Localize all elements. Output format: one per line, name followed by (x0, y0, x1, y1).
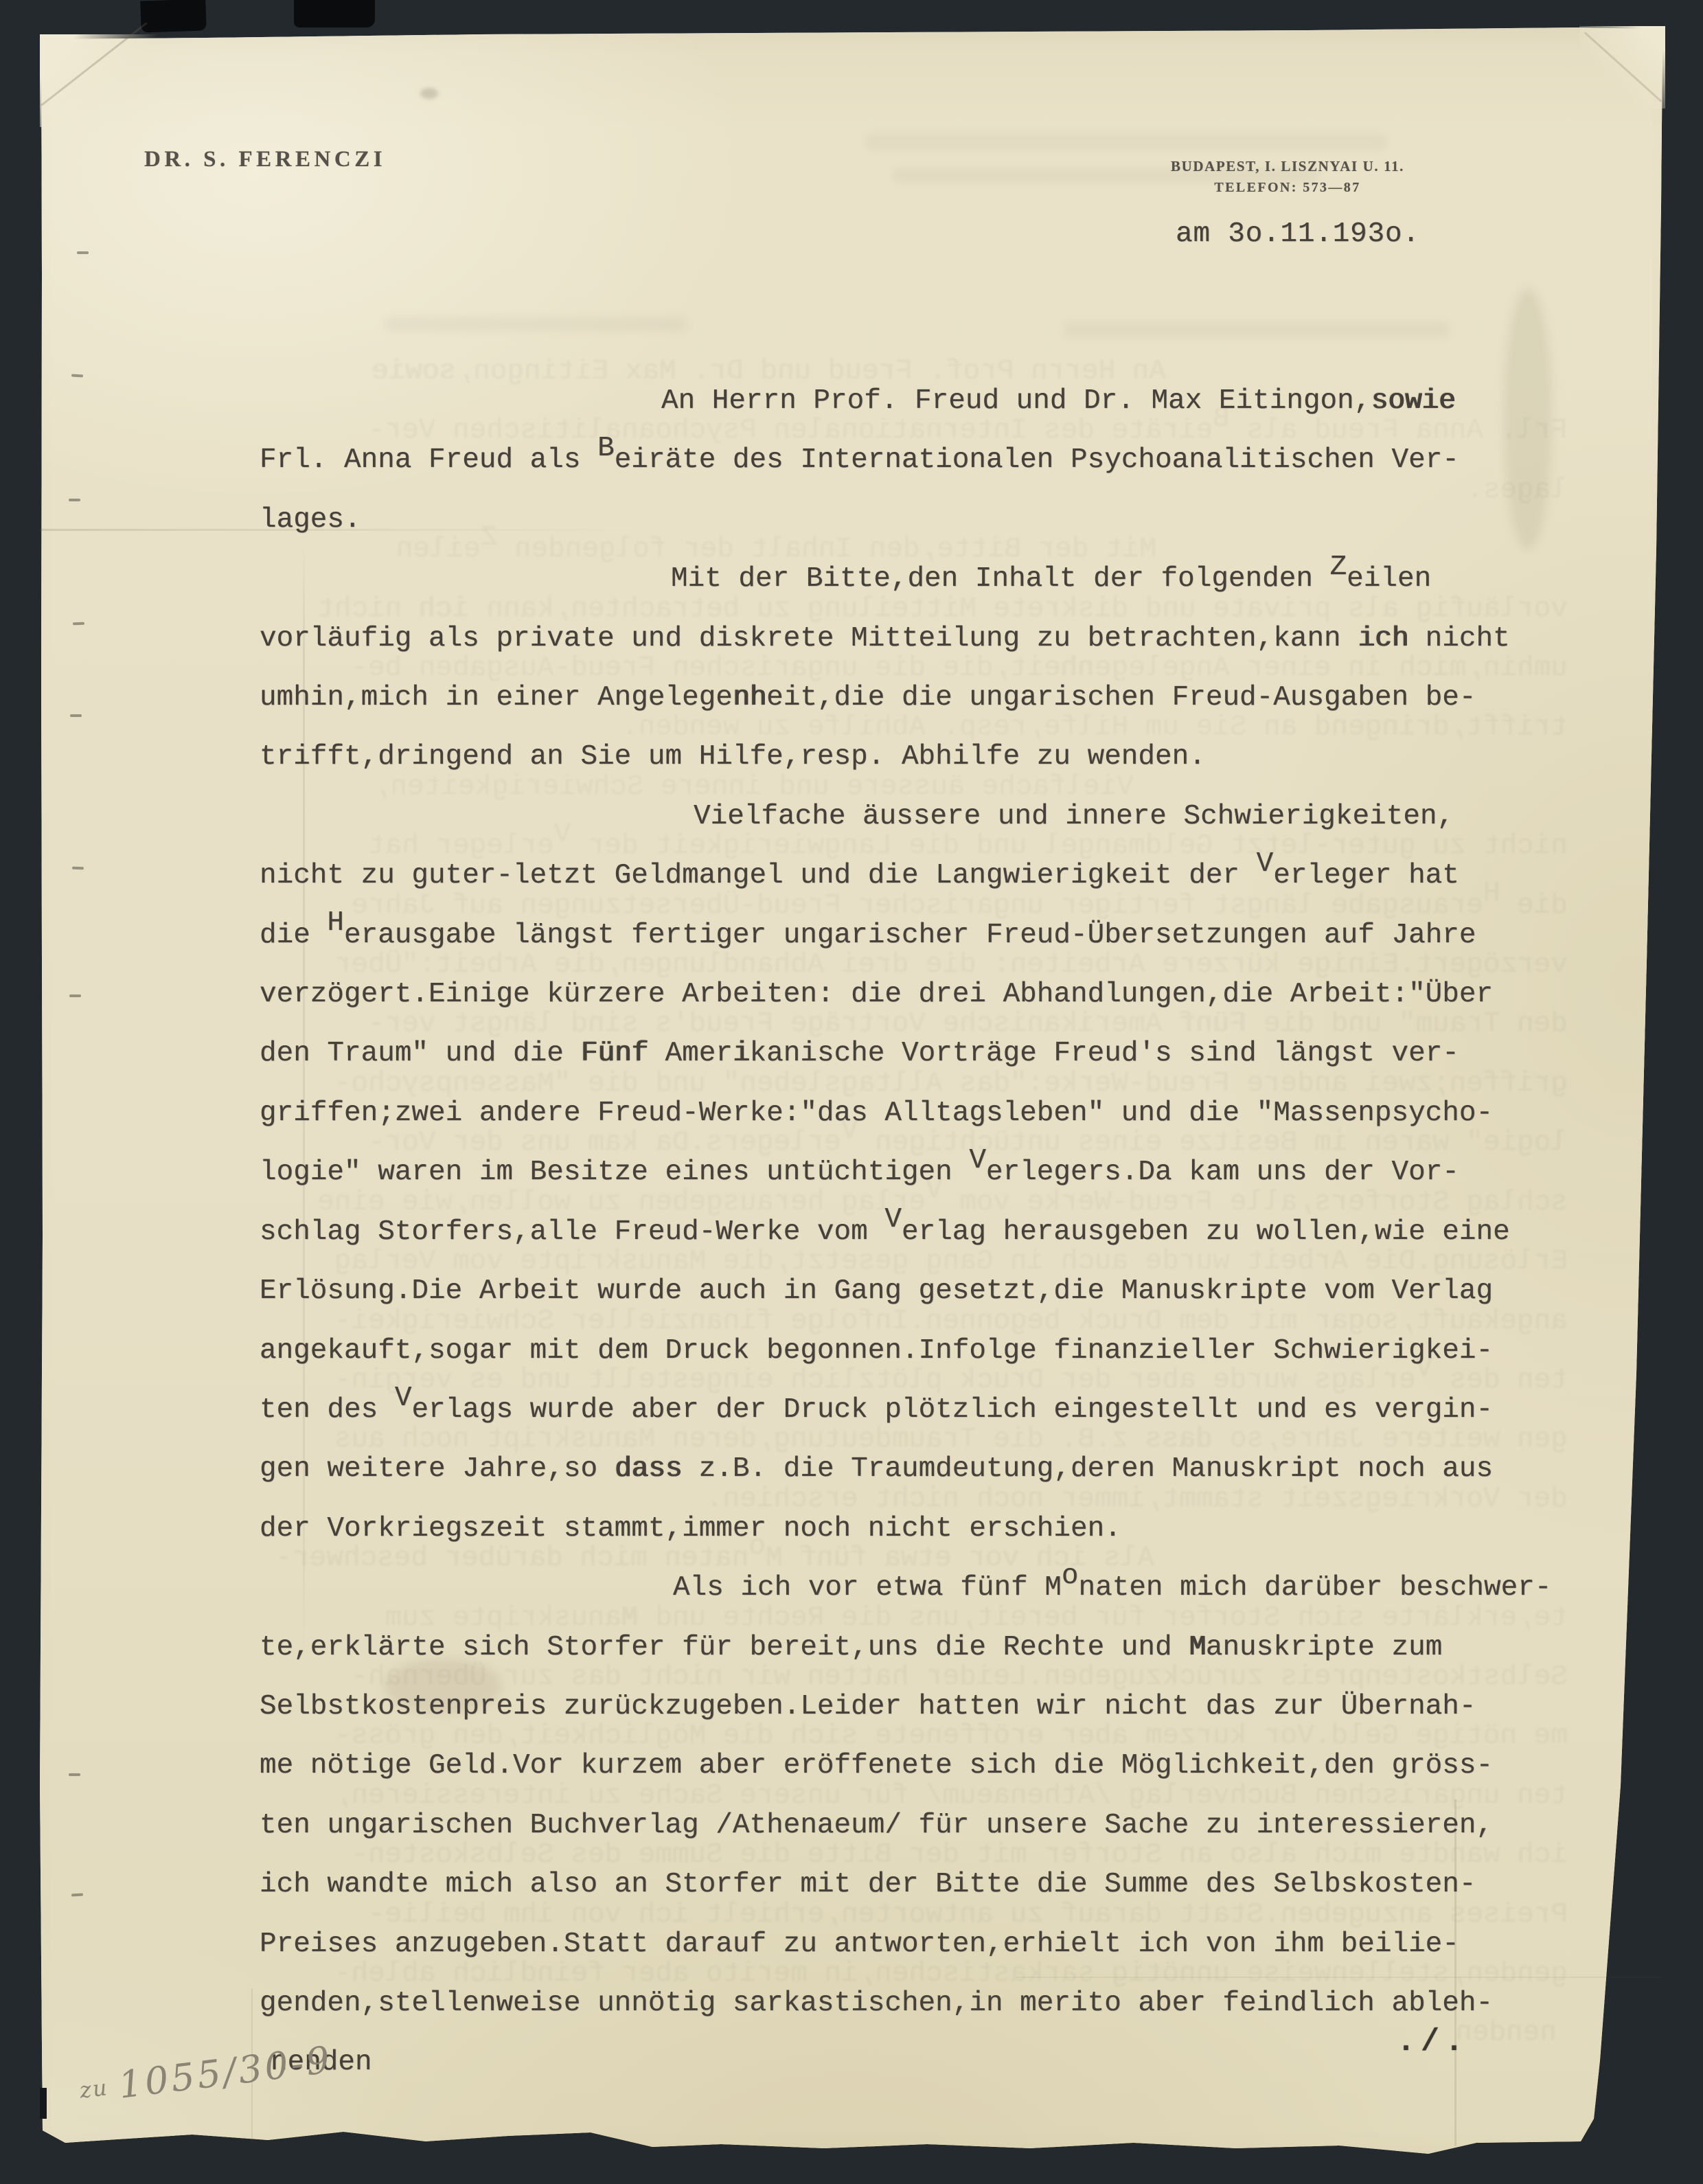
letter-line: angekauft,sogar mit dem Druck begonnen.I… (260, 1321, 1568, 1380)
letter-line: Mit der Bitte,den Inhalt der folgenden Z… (260, 549, 1568, 608)
letter-body: An Herrn Prof. Freud und Dr. Max Eitingo… (260, 372, 1568, 2093)
scanner-edge-mark (294, 0, 375, 27)
letter-line: gen weitere Jahre,so dass z.B. die Traum… (260, 1440, 1568, 1499)
letter-line: nicht zu guter-letzt Geldmangel und die … (260, 846, 1568, 905)
letter-line: genden,stellenweise unnötig sarkastische… (260, 1974, 1568, 2033)
letter-line: vorläufig als private und diskrete Mitte… (260, 609, 1568, 668)
letter-line: te,erklärte sich Storfer für bereit,uns … (260, 1618, 1568, 1677)
letter-line: An Herrn Prof. Freud und Dr. Max Eitingo… (260, 372, 1568, 431)
letter-line: Frl. Anna Freud als Beiräte des Internat… (260, 431, 1568, 490)
letterhead-address: BUDAPEST, I. LISZNYAI U. 11. TELEFON: 57… (1157, 158, 1418, 196)
letter-line: Selbstkostenpreis zurückzugeben.Leider h… (260, 1677, 1568, 1736)
letterhead-address-line1: BUDAPEST, I. LISZNYAI U. 11. (1157, 158, 1418, 175)
letter-line: der Vorkriegszeit stammt,immer noch nich… (260, 1499, 1568, 1558)
letterhead-name: DR. S. FERENCZI (144, 147, 386, 172)
scanner-edge-mark (140, 0, 207, 33)
letter-line: ich wandte mich also an Storfer mit der … (260, 1855, 1568, 1914)
letter-line: umhin,mich in einer Angelegenheit,die di… (260, 668, 1568, 727)
letter-line: schlag Storfers,alle Freud-Werke vom Ver… (260, 1203, 1568, 1262)
letter-line: ten des Verlags wurde aber der Druck plö… (260, 1380, 1568, 1440)
letter-line: logie" waren im Besitze eines untüchtige… (260, 1143, 1568, 1202)
letter-line: die Herausgabe längst fertiger ungarisch… (260, 906, 1568, 965)
archive-note-prefix: zu (78, 2074, 110, 2104)
letter-line: me nötige Geld.Vor kurzem aber eröffenet… (260, 1736, 1568, 1795)
letter-line: Vielfache äussere und innere Schwierigke… (260, 787, 1568, 846)
letter-line: den Traum" und die Fünf Amerikanische Vo… (260, 1024, 1568, 1083)
letter-line: verzögert.Einige kürzere Arbeiten: die d… (260, 965, 1568, 1024)
letter-line: nenden (260, 2033, 1568, 2092)
letter-line: trifft,dringend an Sie um Hilfe,resp. Ab… (260, 727, 1568, 786)
letter-date: am 3o.11.193o. (1176, 218, 1420, 250)
letter-line: ten ungarischen Buchverlag /Athenaeum/ f… (260, 1796, 1568, 1855)
letter-line: lages. (260, 490, 1568, 549)
letterhead-telefon: TELEFON: 573—87 (1157, 180, 1418, 196)
letter-line: griffen;zwei andere Freud-Werke:"das All… (260, 1084, 1568, 1143)
letter-line: Erlösung.Die Arbeit wurde auch in Gang g… (260, 1262, 1568, 1321)
continuation-mark: ./. (1397, 2025, 1469, 2060)
letter-line: Preises anzugeben.Statt darauf zu antwor… (260, 1915, 1568, 1974)
letter-line: Als ich vor etwa fünf Monaten mich darüb… (260, 1558, 1568, 1617)
